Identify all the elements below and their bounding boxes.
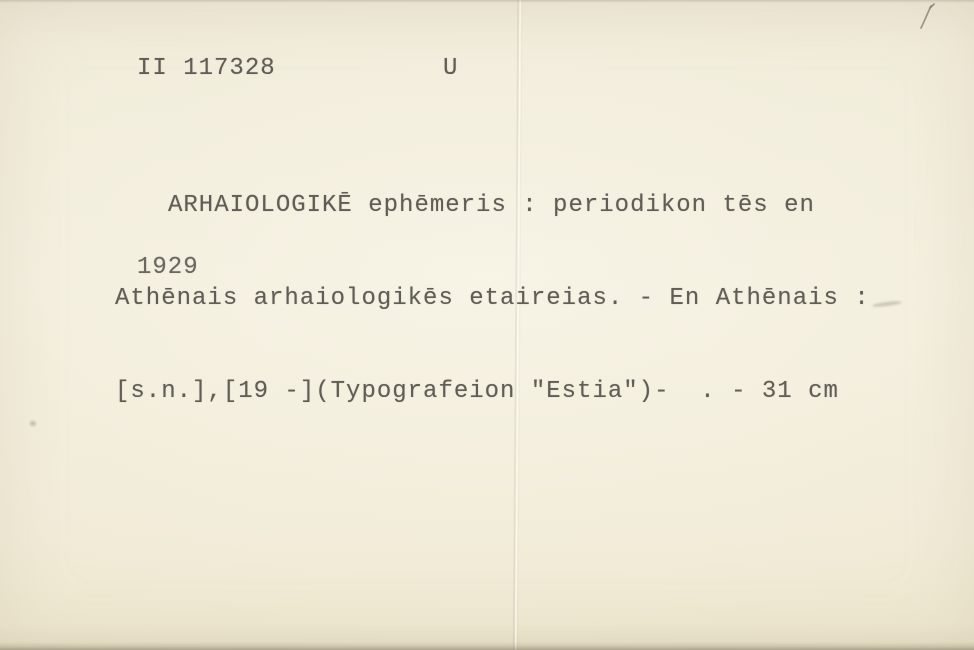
bibliographic-description: ARHAIOLOGIKĒ ephēmeris : periodikon tēs …	[115, 128, 870, 469]
collection-letter: U	[443, 55, 458, 82]
card-bottom-edge	[0, 642, 974, 650]
description-line-1: ARHAIOLOGIKĒ ephēmeris : periodikon tēs …	[115, 190, 870, 221]
catalog-card: II 117328 U ARHAIOLOGIKĒ ephēmeris : per…	[0, 0, 974, 650]
pencil-smudge	[872, 300, 902, 308]
ink-speck	[30, 421, 36, 426]
description-line-3: [s.n.],[19 -](Typografeion "Estia")- . -…	[115, 376, 870, 407]
holdings-year: 1929	[137, 254, 199, 281]
card-top-edge	[0, 0, 974, 3]
description-line-2: Athēnais arhaiologikēs etaireias. - En A…	[115, 283, 870, 314]
call-number: II 117328	[137, 55, 276, 82]
